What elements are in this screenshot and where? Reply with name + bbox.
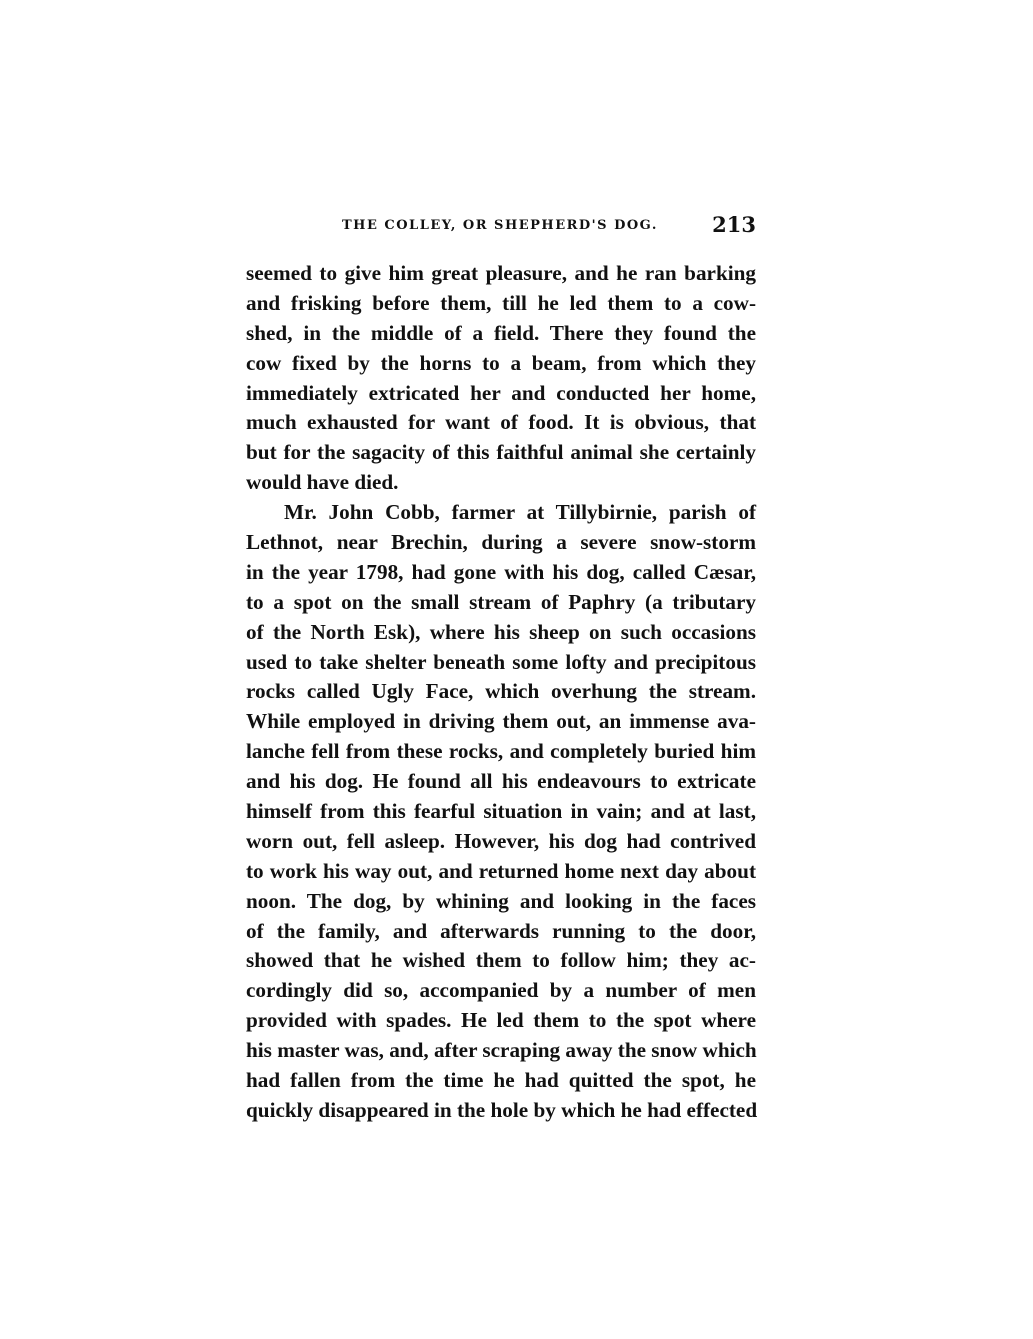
- text-line: of the North Esk), where his sheep on su…: [246, 618, 756, 648]
- text-line: himself from this fearful situation in v…: [246, 797, 756, 827]
- page-number: 213: [712, 212, 756, 237]
- text-line: While employed in driving them out, an i…: [246, 707, 756, 737]
- text-line: cordingly did so, accompanied by a numbe…: [246, 976, 756, 1006]
- text-line: of the family, and afterwards running to…: [246, 917, 756, 947]
- text-line: immediately extricated her and conducted…: [246, 379, 756, 409]
- text-line: quickly disappeared in the hole by which…: [246, 1096, 756, 1126]
- text-line: in the year 1798, had gone with his dog,…: [246, 558, 756, 588]
- text-line: Mr. John Cobb, farmer at Tillybirnie, pa…: [246, 498, 756, 528]
- text-line: Lethnot, near Brechin, during a severe s…: [246, 528, 756, 558]
- text-line: and frisking before them, till he led th…: [246, 289, 756, 319]
- book-page: THE COLLEY, OR SHEPHERD'S DOG. 213 seeme…: [0, 0, 1033, 1339]
- running-head: THE COLLEY, OR SHEPHERD'S DOG. 213: [246, 212, 756, 242]
- text-line: rocks called Ugly Face, which overhung t…: [246, 677, 756, 707]
- text-line: noon. The dog, by whining and looking in…: [246, 887, 756, 917]
- text-line: and his dog. He found all his endeavours…: [246, 767, 756, 797]
- text-line: used to take shelter beneath some lofty …: [246, 648, 756, 678]
- text-line: cow fixed by the horns to a beam, from w…: [246, 349, 756, 379]
- running-title: THE COLLEY, OR SHEPHERD'S DOG.: [342, 218, 658, 233]
- text-line: but for the sagacity of this faithful an…: [246, 438, 756, 468]
- text-line: would have died.: [246, 468, 756, 498]
- text-line: provided with spades. He led them to the…: [246, 1006, 756, 1036]
- body-text: seemed to give him great pleasure, and h…: [246, 259, 756, 1126]
- text-line: showed that he wished them to follow him…: [246, 946, 756, 976]
- text-line: to a spot on the small stream of Paphry …: [246, 588, 756, 618]
- text-line: much exhausted for want of food. It is o…: [246, 408, 756, 438]
- text-line: worn out, fell asleep. However, his dog …: [246, 827, 756, 857]
- text-line: to work his way out, and returned home n…: [246, 857, 756, 887]
- text-line: lanche fell from these rocks, and comple…: [246, 737, 756, 767]
- text-line: seemed to give him great pleasure, and h…: [246, 259, 756, 289]
- text-line: his master was, and, after scraping away…: [246, 1036, 756, 1066]
- text-line: shed, in the middle of a field. There th…: [246, 319, 756, 349]
- text-line: had fallen from the time he had quitted …: [246, 1066, 756, 1096]
